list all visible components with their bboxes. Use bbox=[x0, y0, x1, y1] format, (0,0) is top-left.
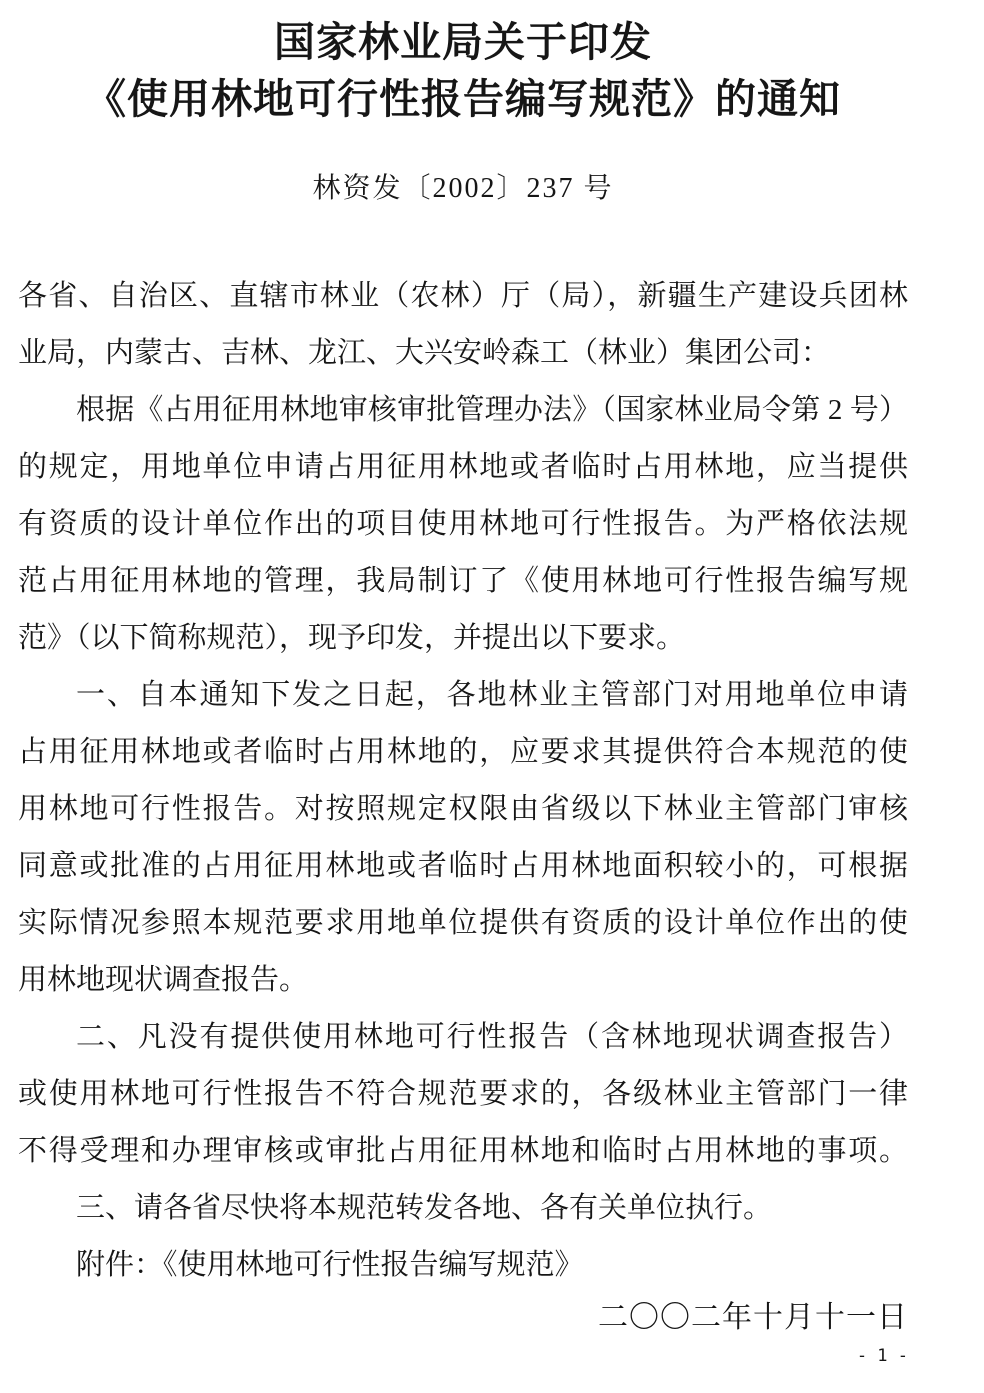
body-line: 用林地现状调查报告。 bbox=[18, 952, 908, 1009]
document-date: 二〇〇二年十月十一日 bbox=[18, 1296, 908, 1340]
document-number: 林资发〔2002〕237 号 bbox=[18, 172, 908, 206]
body-line: 范占用征用林地的管理，我局制订了《使用林地可行性报告编写规 bbox=[18, 553, 908, 610]
body-line: 三、请各省尽快将本规范转发各地、各有关单位执行。 bbox=[18, 1180, 908, 1237]
document-body: 各省、自治区、直辖市林业（农林）厅（局），新疆生产建设兵团林业局，内蒙古、吉林、… bbox=[18, 268, 908, 1294]
body-line: 附件：《使用林地可行性报告编写规范》 bbox=[18, 1237, 908, 1294]
body-line: 同意或批准的占用征用林地或者临时占用林地面积较小的，可根据 bbox=[18, 838, 908, 895]
body-line: 的规定，用地单位申请占用征用林地或者临时占用林地，应当提供 bbox=[18, 439, 908, 496]
document-title: 国家林业局关于印发 《使用林地可行性报告编写规范》的通知 bbox=[18, 0, 908, 128]
body-line: 一、自本通知下发之日起，各地林业主管部门对用地单位申请 bbox=[18, 667, 908, 724]
document-title-line2: 《使用林地可行性报告编写规范》的通知 bbox=[18, 71, 908, 128]
body-line: 用林地可行性报告。对按照规定权限由省级以下林业主管部门审核 bbox=[18, 781, 908, 838]
body-line: 根据《占用征用林地审核审批管理办法》（国家林业局令第 2 号） bbox=[18, 382, 908, 439]
document-title-line1: 国家林业局关于印发 bbox=[18, 14, 908, 71]
body-line: 业局，内蒙古、吉林、龙江、大兴安岭森工（林业）集团公司： bbox=[18, 325, 908, 382]
body-line: 二、凡没有提供使用林地可行性报告（含林地现状调查报告） bbox=[18, 1009, 908, 1066]
body-line: 范》（以下简称规范），现予印发，并提出以下要求。 bbox=[18, 610, 908, 667]
document-content: 国家林业局关于印发 《使用林地可行性报告编写规范》的通知 林资发〔2002〕23… bbox=[18, 0, 908, 1366]
page-number: - 1 - bbox=[18, 1346, 908, 1366]
body-line: 实际情况参照本规范要求用地单位提供有资质的设计单位作出的使 bbox=[18, 895, 908, 952]
body-line: 或使用林地可行性报告不符合规范要求的，各级林业主管部门一律 bbox=[18, 1066, 908, 1123]
body-line: 各省、自治区、直辖市林业（农林）厅（局），新疆生产建设兵团林 bbox=[18, 268, 908, 325]
body-line: 不得受理和办理审核或审批占用征用林地和临时占用林地的事项。 bbox=[18, 1123, 908, 1180]
body-line: 有资质的设计单位作出的项目使用林地可行性报告。为严格依法规 bbox=[18, 496, 908, 553]
document-page: 国家林业局关于印发 《使用林地可行性报告编写规范》的通知 林资发〔2002〕23… bbox=[0, 0, 984, 1393]
body-line: 占用征用林地或者临时占用林地的，应要求其提供符合本规范的使 bbox=[18, 724, 908, 781]
